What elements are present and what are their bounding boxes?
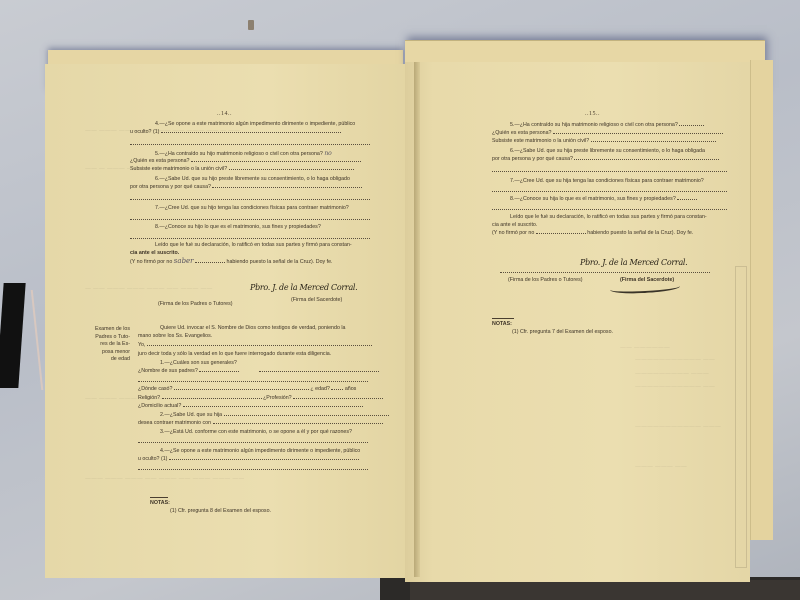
- question-text: 6.—¿Sabe Ud. que su hija preste libremen…: [510, 148, 705, 154]
- closing-line-1: Leído que le fué su declaración, lo rati…: [155, 242, 352, 249]
- question-6-cont: por otra persona y por qué causa?: [492, 156, 719, 163]
- exam-intro-2: mano sobre los Ss. Evangelios.: [138, 333, 212, 340]
- closing-line-3: (Y no firmó por no saber habiendo puesto…: [130, 258, 333, 266]
- exam-q2b: desea contraer matrimonio con: [138, 420, 383, 427]
- question-7: 7.—¿Cree Ud. que su hijo tenga las condi…: [155, 205, 349, 212]
- page-number: ..14..: [217, 111, 232, 118]
- question-text: 6.—¿Sabe Ud. que su hijo preste libremen…: [155, 176, 350, 182]
- parents-signature-label: (Firma de los Padres o Tutores): [158, 301, 232, 308]
- question-text: 5.—¿Ha contraído su hijo matrimonio reli…: [155, 151, 323, 157]
- side-label-line: Padres o Tuto-: [50, 334, 130, 342]
- blank-line: [130, 216, 370, 223]
- handwritten-answer: no: [324, 150, 331, 157]
- question-5: 5.—¿Ha contraído su hija matrimonio reli…: [510, 122, 704, 129]
- question-5: 5.—¿Ha contraído su hijo matrimonio reli…: [155, 150, 332, 158]
- blank-line: [138, 378, 368, 385]
- question-text: ¿Quién es esta persona?: [130, 158, 189, 164]
- exam-q1: 1.—¿Cuáles son sus generales?: [160, 360, 237, 367]
- question-5-subsists: Subsiste este matrimonio o la unión civi…: [492, 138, 716, 145]
- page-number: ..15..: [585, 111, 600, 118]
- question-6: 6.—¿Sabe Ud. que su hijo preste libremen…: [155, 176, 350, 183]
- exam-side-label: Examen de los Padres o Tuto- res de la E…: [50, 326, 130, 364]
- closing-line-2: cia ante el suscrito.: [492, 222, 537, 229]
- closing-text: habiendo puesto la señal de la Cruz). Do…: [587, 230, 693, 236]
- question-text: ¿Quién es esta persona?: [492, 130, 551, 136]
- bleed-through: ——— ———————————: [635, 422, 721, 431]
- question-text: Subsiste este matrimonio o la unión civi…: [130, 166, 227, 172]
- exam-names: ¿Nombre de sus padres?: [138, 368, 379, 375]
- question-text: 7.—¿Cree Ud. que su hija tenga las condi…: [510, 178, 704, 184]
- question-5-who: ¿Quién es esta persona?: [130, 158, 361, 165]
- blank-line: [492, 206, 727, 213]
- question-text: por otra persona y por qué causa?: [130, 184, 211, 190]
- question-4: 4.—¿Se opone a este matrimonio algún imp…: [155, 121, 355, 128]
- exam-text: ¿Nombre de sus padres?: [138, 368, 198, 374]
- exam-text: ¿Profesión?: [263, 395, 292, 401]
- question-text: Subsiste este matrimonio o la unión civi…: [492, 138, 589, 144]
- side-label-line: de edad: [50, 356, 130, 364]
- question-6: 6.—¿Sabe Ud. que su hija preste libremen…: [510, 148, 705, 155]
- bleed-through: —— ——— ———: [635, 462, 687, 471]
- question-text: 8.—¿Conoce su hija lo que es el matrimon…: [510, 196, 676, 202]
- blank-line: [138, 439, 368, 446]
- question-4-cont: u oculto? (1): [130, 129, 341, 136]
- right-page-edge: [750, 60, 773, 540]
- notes-rule: [492, 318, 514, 319]
- exam-intro-3: juro decir toda y sólo la verdad en lo q…: [138, 351, 331, 358]
- bleed-through: —— ——— —— ——— ——— ——— —— —: [85, 284, 212, 293]
- bleed-through: —— ———————————: [635, 382, 715, 391]
- closing-text: (Y no firmó por no: [130, 259, 172, 265]
- exam-religion: Religión? ¿Profesión?: [138, 395, 383, 402]
- exam-q2a: 2.—¿Sabe Ud. que su hija: [160, 412, 389, 419]
- exam-q4a: 4.—¿Se opone a este matrimonio algún imp…: [160, 448, 360, 455]
- question-6-cont: por otra persona y por qué causa?: [130, 184, 362, 191]
- exam-text: años: [345, 386, 357, 392]
- notes-rule: [150, 497, 168, 498]
- exam-intro-1: Quiere Ud. invocar el S. Nombre de Dios …: [160, 325, 346, 332]
- question-text: 7.—¿Cree Ud. que su hijo tenga las condi…: [155, 205, 349, 211]
- exam-text: ¿ edad?: [310, 386, 329, 392]
- parents-signature-label: (Firma de los Padres o Tutores): [508, 277, 582, 284]
- bleed-through: ——— —————————: [635, 369, 709, 378]
- exam-where-married: ¿Dónde casó? ¿ edad? años: [138, 386, 356, 393]
- handwritten-answer: saber: [174, 257, 194, 265]
- exam-text: ¿Dónde casó?: [138, 386, 172, 392]
- bleed-through: —— ———————————: [635, 355, 715, 364]
- closing-line-1: Leído que le fué su declaración, lo rati…: [510, 214, 707, 221]
- side-label-line: res de la Es-: [50, 341, 130, 349]
- book-gutter: [414, 62, 420, 577]
- closing-text: (Y no firmó por no: [492, 230, 534, 236]
- side-label-line: Examen de los: [50, 326, 130, 334]
- exam-text: desea contraer matrimonio con: [138, 420, 211, 426]
- signature-line: [500, 269, 710, 276]
- exam-text: 2.—¿Sabe Ud. que su hija: [160, 412, 222, 418]
- note-1: (1) Cfr. pregunta 8 del Examen del espos…: [170, 508, 271, 515]
- exam-text: Religión?: [138, 395, 160, 401]
- question-text: u oculto? (1): [130, 129, 159, 135]
- notes-title: NOTAS:: [492, 321, 512, 328]
- exam-text: u oculto? (1): [138, 456, 167, 462]
- note-1: (1) Cfr. pregunta 7 del Examen del espos…: [512, 329, 613, 336]
- left-page: —— — —— ——— —— ——— ——— —— ——— —— ——— —— …: [45, 64, 418, 578]
- exam-q3: 3.—¿Está Ud. conforme con este matrimoni…: [160, 429, 352, 436]
- blank-line: [130, 196, 370, 203]
- priest-signature: Pbro. J. de la Merced Corral.: [580, 258, 687, 267]
- question-text: por otra persona y por qué causa?: [492, 156, 573, 162]
- question-text: 5.—¿Ha contraído su hija matrimonio reli…: [510, 122, 678, 128]
- table-edge-shadow: [410, 580, 800, 600]
- closing-text: habiendo puesto la señal de la Cruz). Do…: [227, 259, 333, 265]
- blank-line: [138, 466, 368, 473]
- exam-text: Yo,: [138, 342, 145, 348]
- exam-q4b: u oculto? (1): [138, 456, 359, 463]
- question-7: 7.—¿Cree Ud. que su hija tenga las condi…: [510, 178, 704, 185]
- bleed-through: —— ——— ——— —— ——— —— ——— ——— ———: [85, 474, 244, 483]
- bleed-through: —————— ——: [620, 343, 670, 352]
- side-label-line: posa menor: [50, 349, 130, 357]
- blank-line: [492, 188, 727, 195]
- question-8: 8.—¿Conoce su hija lo que es el matrimon…: [510, 196, 697, 203]
- priest-signature: Pbro. J. de la Merced Corral.: [250, 283, 357, 292]
- closing-line-2: cia ante el suscrito.: [130, 250, 179, 257]
- blank-line: [130, 141, 370, 148]
- question-5-who: ¿Quién es esta persona?: [492, 130, 723, 137]
- question-text: 8.—¿Conoce su hijo lo que es el matrimon…: [155, 224, 321, 230]
- question-8: 8.—¿Conoce su hijo lo que es el matrimon…: [155, 224, 321, 231]
- exam-domicile: ¿Domicilio actual?: [138, 403, 363, 410]
- exam-yo: Yo,: [138, 342, 372, 349]
- exam-text: ¿Domicilio actual?: [138, 403, 181, 409]
- pushpin: [248, 20, 254, 30]
- blank-line: [130, 235, 370, 242]
- notes-title: NOTAS:: [150, 500, 170, 507]
- closing-line-3: (Y no firmó por no habiendo puesto la se…: [492, 230, 693, 237]
- blank-line: [492, 168, 727, 175]
- question-5-subsists: Subsiste este matrimonio o la unión civi…: [130, 166, 354, 173]
- right-page: —————— —— —— ——————————— ——— ————————— —…: [405, 62, 750, 582]
- priest-signature-label: (Firma del Sacerdote): [291, 297, 342, 304]
- bleed-through-border: [735, 266, 747, 568]
- question-text: 4.—¿Se opone a este matrimonio algún imp…: [155, 121, 355, 127]
